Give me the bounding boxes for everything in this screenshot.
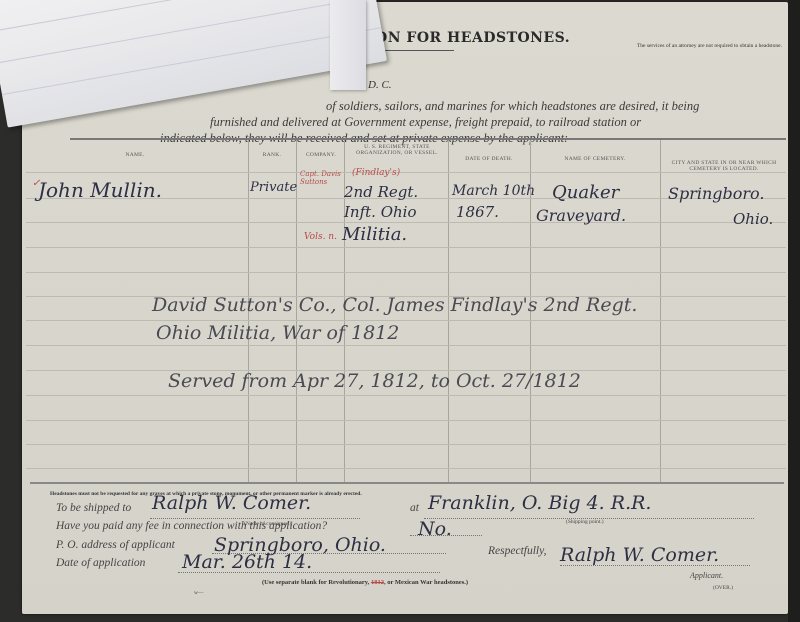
struck-1812: 1812 [371, 579, 384, 586]
shipped-value: Ralph W. Comer. [152, 492, 311, 514]
shipped-line [150, 518, 360, 519]
entry-company: Capt. Davis Suttons [300, 170, 344, 186]
shipping-caption: (Shipping point.) [566, 519, 604, 525]
background-edge [788, 0, 800, 622]
entry-cemetery-2: Graveyard. [536, 206, 626, 225]
intro-line-2: furnished and delivered at Government ex… [120, 114, 760, 130]
date-value: Mar. 26th 14. [182, 551, 312, 573]
overlapping-sheet-edge [330, 0, 366, 90]
row-line [26, 272, 786, 273]
row-line [26, 468, 786, 469]
applicant-caption: Applicant. [690, 571, 723, 580]
regiment-prefix: Vols. n. [304, 232, 337, 242]
entry-name: John Mullin. [38, 178, 162, 202]
entry-rank: Private [250, 180, 297, 195]
shipped-label: To be shipped to [56, 502, 131, 514]
row-line [26, 172, 786, 173]
pencil-note-3: Served from Apr 27, 1812, to Oct. 27/181… [168, 370, 581, 392]
row-line [26, 444, 786, 445]
respectfully-label: Respectfully, [488, 545, 546, 557]
at-label: at [410, 502, 419, 514]
col-header-date-of-death: Date of Death. [452, 156, 526, 162]
row-line [26, 320, 786, 321]
fee-label: Have you paid any fee in connection with… [56, 520, 327, 532]
row-line [26, 222, 786, 223]
form-title: ION FOR HEADSTONES. [368, 30, 570, 46]
entry-regiment-line-2: Inft. Ohio [344, 203, 417, 221]
po-label: P. O. address of applicant [56, 539, 175, 551]
pencil-note-1: David Sutton's Co., Col. James Findlay's… [152, 294, 637, 316]
separate-blank-suffix: , or Mexican War headstones.) [384, 579, 468, 586]
col-header-cemetery: Name of Cemetery. [540, 156, 650, 162]
col-header-name: Name. [100, 152, 170, 158]
separate-blank-note: (Use separate blank for Revolutionary, 1… [262, 579, 468, 586]
col-header-rank: Rank. [252, 152, 292, 158]
applicant-signature: Ralph W. Comer. [560, 544, 719, 566]
title-rule [384, 50, 454, 51]
row-line [26, 345, 786, 346]
location-line: D. C. [368, 79, 392, 91]
intro-line-1: of soldiers, sailors, and marines for wh… [120, 98, 760, 114]
col-header-city-state: City and State in or near which Cemetery… [668, 160, 780, 172]
entry-cemetery-1: Quaker [552, 182, 619, 203]
separate-blank-prefix: (Use separate blank for Revolutionary, [262, 579, 371, 586]
entry-state: Ohio. [733, 210, 773, 228]
pencil-note-2: Ohio Militia, War of 1812 [156, 322, 399, 344]
footer-rule [30, 482, 784, 484]
over-label: (OVER.) [713, 585, 733, 591]
row-line [26, 247, 786, 248]
col-header-company: Company. [298, 152, 344, 158]
entry-regiment-line-1: 2nd Regt. [344, 183, 418, 201]
entry-regiment-line-3: Militia. [342, 224, 407, 245]
row-line [26, 395, 786, 396]
col-divider [660, 140, 661, 484]
form-number: w— [194, 590, 203, 596]
regiment-annotation: (Findlay's) [352, 168, 400, 178]
at-value: Franklin, O. Big 4. R.R. [428, 492, 651, 514]
attorney-note: The services of an attorney are not requ… [632, 43, 782, 49]
col-header-regiment: U. S. Regiment, State Organization, or V… [352, 144, 442, 156]
date-label: Date of application [56, 557, 145, 569]
row-line [26, 420, 786, 421]
entry-date-of-death-2: 1867. [456, 203, 499, 221]
entry-date-of-death-1: March 10th [452, 183, 535, 199]
fee-value: No. [418, 518, 452, 540]
table-top-rule [70, 138, 786, 140]
entry-city: Springboro. [668, 184, 764, 203]
